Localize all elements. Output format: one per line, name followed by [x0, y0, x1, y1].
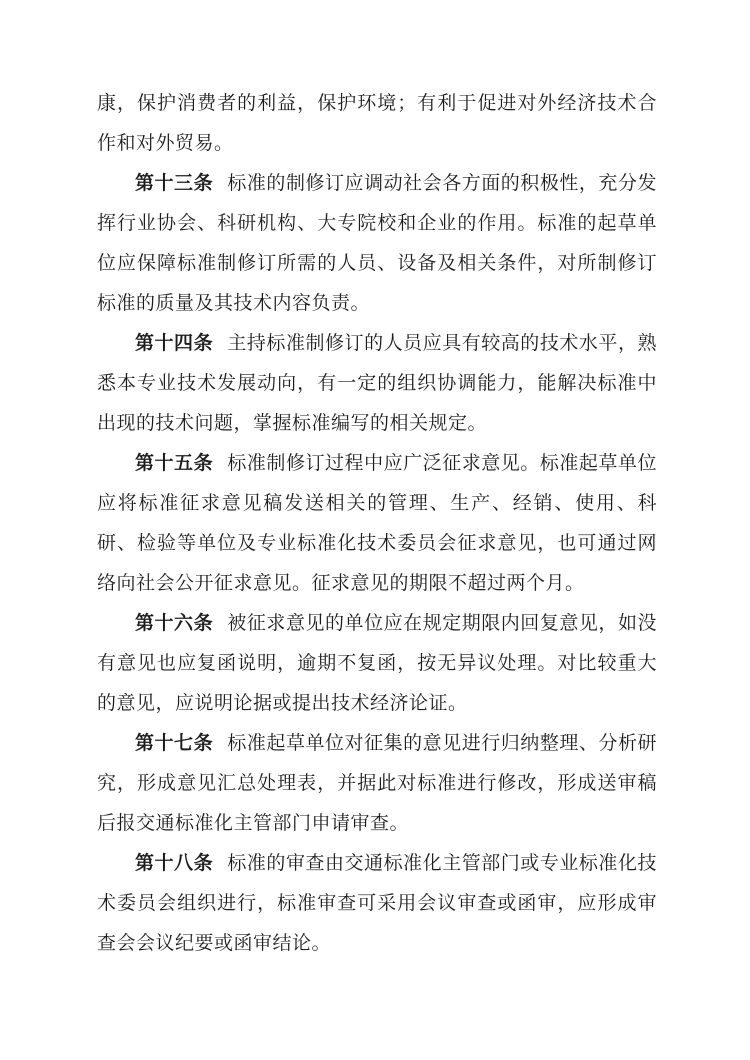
article-number: 第十三条 [135, 173, 213, 194]
article-number: 第十七条 [135, 733, 213, 754]
paragraph: 第十六条被征求意见的单位应在规定期限内回复意见，如没有意见也应复函说明，逾期不复… [97, 604, 657, 724]
paragraph-text: 标准制修订过程中应广泛征求意见。标准起草单位应将标准征求意见稿发送相关的管理、生… [97, 453, 657, 594]
article-number: 第十五条 [135, 453, 213, 474]
article-number: 第十八条 [135, 853, 213, 874]
paragraph-text: 康，保护消费者的利益，保护环境；有利于促进对外经济技术合作和对外贸易。 [97, 93, 657, 154]
paragraph: 第十五条标准制修订过程中应广泛征求意见。标准起草单位应将标准征求意见稿发送相关的… [97, 444, 657, 604]
article-number: 第十六条 [135, 613, 213, 634]
article-number: 第十四条 [135, 333, 213, 354]
document-page: 康，保护消费者的利益，保护环境；有利于促进对外经济技术合作和对外贸易。 第十三条… [0, 0, 750, 1060]
paragraph: 第十四条主持标准制修订的人员应具有较高的技术水平，熟悉本专业技术发展动向，有一定… [97, 324, 657, 444]
paragraph-text: 标准的制修订应调动社会各方面的积极性，充分发挥行业协会、科研机构、大专院校和企业… [97, 173, 657, 314]
paragraph: 康，保护消费者的利益，保护环境；有利于促进对外经济技术合作和对外贸易。 [97, 84, 657, 164]
document-body: 康，保护消费者的利益，保护环境；有利于促进对外经济技术合作和对外贸易。 第十三条… [97, 84, 657, 964]
paragraph: 第十七条标准起草单位对征集的意见进行归纳整理、分析研究，形成意见汇总处理表，并据… [97, 724, 657, 844]
paragraph: 第十八条标准的审查由交通标准化主管部门或专业标准化技术委员会组织进行，标准审查可… [97, 844, 657, 964]
paragraph: 第十三条标准的制修订应调动社会各方面的积极性，充分发挥行业协会、科研机构、大专院… [97, 164, 657, 324]
